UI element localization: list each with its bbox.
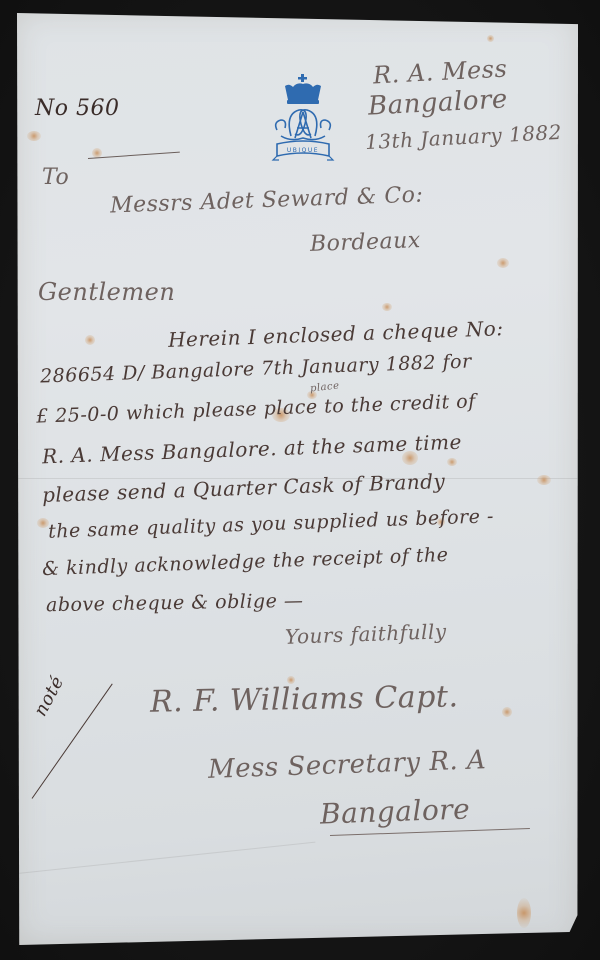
to-label: To bbox=[42, 165, 69, 190]
crest-motto: UBIQUE bbox=[287, 147, 319, 154]
foxing-spot bbox=[382, 303, 392, 311]
signature: R. F. Williams Capt. bbox=[150, 679, 459, 719]
fold-line bbox=[17, 842, 315, 874]
foxing-spot bbox=[502, 707, 512, 717]
body-line: above cheque & oblige — bbox=[46, 590, 304, 616]
foxing-spot bbox=[447, 458, 457, 466]
foxing-spot bbox=[497, 258, 509, 268]
letter-number: No 560 bbox=[35, 96, 119, 121]
signatory-location: Bangalore bbox=[319, 792, 470, 830]
salutation: Gentlemen bbox=[38, 278, 175, 306]
foxing-spot bbox=[537, 475, 551, 485]
foxing-spot bbox=[85, 335, 95, 345]
foxing-spot bbox=[27, 131, 41, 141]
foxing-spot bbox=[487, 35, 494, 42]
regimental-crest-icon: UBIQUE bbox=[271, 74, 335, 166]
foxing-spot bbox=[517, 898, 531, 928]
recipient-city: Bordeaux bbox=[310, 228, 422, 257]
